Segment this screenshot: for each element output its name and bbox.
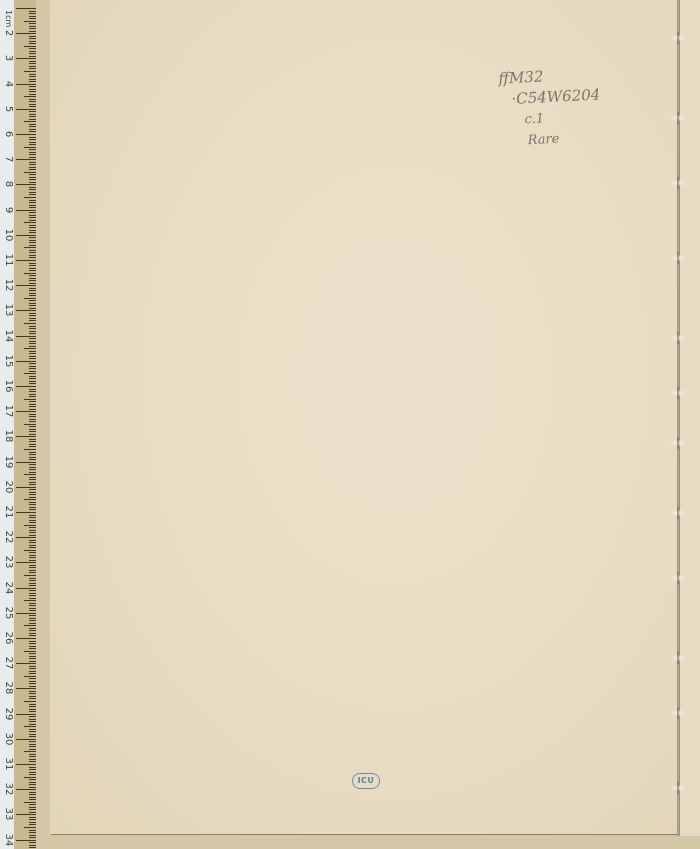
- ruler-tick: [29, 769, 36, 770]
- ruler-tick: [29, 300, 36, 301]
- ruler-tick: [29, 567, 36, 568]
- ruler-tick: [29, 530, 36, 531]
- ruler-tick: [29, 416, 36, 417]
- ruler-tick: [29, 429, 36, 430]
- ruler-tick: [29, 378, 36, 379]
- ruler-tick: [29, 736, 36, 737]
- ruler-tick: [16, 8, 36, 9]
- ruler-tick: [29, 628, 36, 629]
- ruler-tick: [29, 630, 36, 631]
- ruler-tick: [29, 515, 36, 516]
- ruler-tick: [29, 434, 36, 435]
- ruler-tick: [29, 502, 36, 503]
- ruler-tick: [29, 313, 36, 314]
- ruler-tick: [29, 779, 36, 780]
- ruler-tick: [29, 152, 36, 153]
- ruler-tick: [24, 726, 36, 727]
- ruler-tick: [29, 804, 36, 805]
- ruler-tick: [29, 295, 36, 296]
- ruler-number: 19: [3, 455, 13, 469]
- ruler-tick: [29, 174, 36, 175]
- ruler-tick: [29, 18, 36, 19]
- ruler-tick: [16, 260, 36, 261]
- ruler-tick: [29, 265, 36, 266]
- ruler-tick: [24, 550, 36, 551]
- ruler-tick: [29, 618, 36, 619]
- ruler-tick: [29, 580, 36, 581]
- ruler-tick: [29, 293, 36, 294]
- binding-stitch: [670, 710, 686, 716]
- ruler-number: 32: [3, 782, 13, 796]
- ruler-tick: [29, 366, 36, 367]
- ruler-tick: [29, 457, 36, 458]
- ruler-tick: [29, 144, 36, 145]
- ruler-tick: [29, 38, 36, 39]
- ruler-tick: [29, 406, 36, 407]
- ruler-tick: [24, 751, 36, 752]
- ruler-tick: [29, 111, 36, 112]
- ruler-number: 14: [3, 329, 13, 343]
- ruler-tick: [29, 68, 36, 69]
- ruler-tick: [29, 494, 36, 495]
- ruler-tick: [29, 245, 36, 246]
- ruler-number: 7: [3, 152, 13, 166]
- ruler-tick: [29, 331, 36, 332]
- ruler-tick: [16, 613, 36, 614]
- ruler-number: 4: [3, 77, 13, 91]
- ruler-number: 18: [3, 429, 13, 443]
- ruler-tick: [29, 822, 36, 823]
- ruler-tick: [16, 512, 36, 513]
- ruler-tick: [29, 51, 36, 52]
- ruler-tick: [29, 824, 36, 825]
- ruler-tick: [24, 399, 36, 400]
- ruler-tick: [29, 275, 36, 276]
- ruler-tick: [29, 270, 36, 271]
- ruler-tick: [29, 527, 36, 528]
- ruler-tick: [24, 348, 36, 349]
- ruler-tick: [29, 205, 36, 206]
- ruler-tick: [29, 585, 36, 586]
- ruler-tick: [29, 724, 36, 725]
- ruler-tick: [29, 101, 36, 102]
- ruler-tick: [29, 557, 36, 558]
- binding-stitch: [670, 35, 686, 41]
- ruler-tick: [29, 91, 36, 92]
- ruler-tick: [29, 358, 36, 359]
- ruler-tick: [29, 799, 36, 800]
- ruler-tick: [29, 290, 36, 291]
- ruler-tick: [29, 560, 36, 561]
- ruler-tick: [29, 250, 36, 251]
- ruler-tick: [29, 489, 36, 490]
- binding-stitch: [670, 390, 686, 396]
- ruler-tick: [16, 159, 36, 160]
- ruler-tick: [29, 217, 36, 218]
- ruler-tick: [29, 81, 36, 82]
- ruler-tick: [16, 487, 36, 488]
- ruler-tick: [29, 658, 36, 659]
- ruler-tick: [29, 633, 36, 634]
- ruler-tick: [29, 603, 36, 604]
- binding-stitch: [670, 575, 686, 581]
- ruler-tick: [24, 802, 36, 803]
- ruler-tick: [16, 436, 36, 437]
- ruler-tick: [24, 827, 36, 828]
- ruler-tick: [29, 346, 36, 347]
- ruler-tick: [29, 641, 36, 642]
- ruler-tick: [29, 237, 36, 238]
- ruler-number: 34: [3, 833, 13, 847]
- ruler-number: 31: [3, 757, 13, 771]
- ruler-tick: [29, 66, 36, 67]
- ruler-tick: [29, 439, 36, 440]
- ruler-tick: [29, 351, 36, 352]
- ruler-tick: [16, 33, 36, 34]
- ruler-tick: [29, 704, 36, 705]
- ruler-tick: [29, 396, 36, 397]
- ruler-tick: [29, 610, 36, 611]
- ruler-tick: [29, 648, 36, 649]
- ruler-tick: [29, 227, 36, 228]
- ruler-tick: [29, 137, 36, 138]
- ruler-tick: [29, 187, 36, 188]
- ruler-tick: [16, 184, 36, 185]
- ruler-tick: [29, 741, 36, 742]
- ruler-tick: [29, 583, 36, 584]
- ruler-tick: [29, 419, 36, 420]
- ruler-tick: [29, 693, 36, 694]
- ruler-number: 10: [3, 228, 13, 242]
- ruler-tick: [29, 444, 36, 445]
- ruler-tick: [29, 504, 36, 505]
- ruler-tick: [16, 789, 36, 790]
- ruler-tick: [29, 646, 36, 647]
- ruler-number: 33: [3, 807, 13, 821]
- ruler-tick: [29, 698, 36, 699]
- ruler-tick: [29, 595, 36, 596]
- ruler-tick: [29, 540, 36, 541]
- ruler-tick: [29, 23, 36, 24]
- ruler-tick: [24, 21, 36, 22]
- ruler-tick: [29, 48, 36, 49]
- binding-stitch: [670, 180, 686, 186]
- ruler-tick: [29, 242, 36, 243]
- ruler-tick: [29, 681, 36, 682]
- ruler-tick: [24, 676, 36, 677]
- ruler-tick: [29, 13, 36, 14]
- ruler-tick: [29, 389, 36, 390]
- ruler-tick: [29, 263, 36, 264]
- ruler-tick: [29, 26, 36, 27]
- binding-stitch: [670, 440, 686, 446]
- ruler-tick: [29, 63, 36, 64]
- ruler-tick: [24, 777, 36, 778]
- ruler-tick: [16, 235, 36, 236]
- ruler-tick: [29, 792, 36, 793]
- ruler-tick: [29, 542, 36, 543]
- ruler-tick: [29, 608, 36, 609]
- binding-stitch: [670, 255, 686, 261]
- ruler-tick: [29, 509, 36, 510]
- ruler-tick: [29, 363, 36, 364]
- ruler-tick: [29, 368, 36, 369]
- ruler-tick: [29, 31, 36, 32]
- ruler-tick: [29, 104, 36, 105]
- ruler-tick: [29, 819, 36, 820]
- ruler-tick: [29, 467, 36, 468]
- ruler-tick: [29, 200, 36, 201]
- ruler-tick: [29, 409, 36, 410]
- ruler-tick: [29, 678, 36, 679]
- ruler-tick: [29, 623, 36, 624]
- ruler-tick: [29, 656, 36, 657]
- ruler-tick: [29, 240, 36, 241]
- ruler-tick: [29, 41, 36, 42]
- ruler-tick: [29, 232, 36, 233]
- ruler-tick: [16, 336, 36, 337]
- ruler-tick: [29, 177, 36, 178]
- ruler-tick: [16, 462, 36, 463]
- ruler-tick: [29, 333, 36, 334]
- ruler-number: 20: [3, 480, 13, 494]
- ruler-tick: [29, 162, 36, 163]
- ruler-tick: [29, 192, 36, 193]
- ruler-tick: [29, 809, 36, 810]
- ruler-tick: [29, 794, 36, 795]
- ruler-tick: [29, 404, 36, 405]
- ruler-tick: [29, 280, 36, 281]
- ruler-tick: [29, 225, 36, 226]
- ruler-tick: [29, 106, 36, 107]
- ruler-tick: [16, 764, 36, 765]
- ruler-tick: [29, 784, 36, 785]
- ruler-tick: [29, 391, 36, 392]
- ruler-tick: [29, 126, 36, 127]
- binding-stitch: [670, 510, 686, 516]
- ruler-number: 24: [3, 581, 13, 595]
- ruler-tick: [29, 74, 36, 75]
- ruler-tick: [29, 189, 36, 190]
- ruler-tick: [24, 499, 36, 500]
- ruler-tick: [29, 598, 36, 599]
- ruler-tick: [16, 663, 36, 664]
- ruler-tick: [29, 326, 36, 327]
- ruler-tick: [24, 197, 36, 198]
- ruler-tick: [16, 688, 36, 689]
- ruler-tick: [29, 845, 36, 846]
- ruler-tick: [29, 847, 36, 848]
- ruler-tick: [29, 671, 36, 672]
- ruler-tick: [24, 424, 36, 425]
- ruler-tick: [29, 220, 36, 221]
- ruler-tick: [29, 787, 36, 788]
- ruler-tick: [29, 842, 36, 843]
- ruler-tick: [29, 124, 36, 125]
- ruler-tick: [29, 353, 36, 354]
- ruler-tick: [29, 729, 36, 730]
- ruler-tick: [29, 555, 36, 556]
- ruler-tick: [16, 109, 36, 110]
- ruler-tick: [24, 147, 36, 148]
- ruler-number: 16: [3, 379, 13, 393]
- ruler-tick: [29, 590, 36, 591]
- ruler-tick: [29, 772, 36, 773]
- ruler-tick: [29, 303, 36, 304]
- ruler-tick: [29, 157, 36, 158]
- ruler-tick: [16, 814, 36, 815]
- ruler-tick: [29, 837, 36, 838]
- ruler-number: 13: [3, 303, 13, 317]
- ruler-tick: [16, 361, 36, 362]
- ruler-tick: [29, 76, 36, 77]
- ruler-tick: [29, 194, 36, 195]
- binding-stitch: [670, 335, 686, 341]
- ruler-tick: [29, 341, 36, 342]
- ruler-tick: [24, 71, 36, 72]
- ruler-tick: [16, 562, 36, 563]
- ruler-tick: [29, 56, 36, 57]
- ruler-tick: [29, 305, 36, 306]
- ruler-tick: [29, 149, 36, 150]
- ruler-number: 26: [3, 631, 13, 645]
- ruler-tick: [16, 285, 36, 286]
- ruler-tick: [29, 454, 36, 455]
- ruler-tick: [29, 666, 36, 667]
- ruler-tick: [29, 731, 36, 732]
- ruler-tick: [29, 79, 36, 80]
- ruler-tick: [29, 522, 36, 523]
- ruler-tick: [29, 477, 36, 478]
- ruler-tick: [16, 714, 36, 715]
- ruler-tick: [29, 749, 36, 750]
- ruler-number: 29: [3, 707, 13, 721]
- ruler-tick: [29, 89, 36, 90]
- ruler-tick: [29, 835, 36, 836]
- ruler-tick: [29, 653, 36, 654]
- ruler-tick: [29, 744, 36, 745]
- ruler-tick: [29, 520, 36, 521]
- ruler-tick: [29, 683, 36, 684]
- ruler-tick: [29, 383, 36, 384]
- ruler-tick: [29, 426, 36, 427]
- ruler-tick: [29, 668, 36, 669]
- measurement-ruler: 1cm 234567891011121314151617181920212223…: [0, 0, 36, 849]
- ruler-number: 27: [3, 656, 13, 670]
- ruler-tick: [29, 179, 36, 180]
- ruler-tick: [29, 421, 36, 422]
- ruler-tick: [24, 46, 36, 47]
- ruler-tick: [29, 401, 36, 402]
- ruler-tick: [29, 459, 36, 460]
- ruler-tick: [29, 497, 36, 498]
- ruler-tick: [29, 119, 36, 120]
- ruler-tick: [29, 414, 36, 415]
- ruler-tick: [29, 283, 36, 284]
- ruler-tick: [29, 469, 36, 470]
- ruler-tick: [24, 625, 36, 626]
- call-number-line-4: Rare: [527, 126, 603, 151]
- ruler-tick: [29, 230, 36, 231]
- ruler-tick: [24, 373, 36, 374]
- ruler-tick: [29, 593, 36, 594]
- ruler-tick: [29, 734, 36, 735]
- ruler-tick: [29, 754, 36, 755]
- ruler-tick: [29, 756, 36, 757]
- ruler-tick: [29, 288, 36, 289]
- library-stamp: ICU: [352, 773, 380, 789]
- ruler-tick: [29, 686, 36, 687]
- ruler-number: 11: [3, 253, 13, 267]
- ruler-tick: [29, 338, 36, 339]
- ruler-tick: [29, 721, 36, 722]
- ruler-number: 17: [3, 404, 13, 418]
- ruler-tick: [29, 774, 36, 775]
- ruler-number: 5: [3, 102, 13, 116]
- ruler-tick: [29, 507, 36, 508]
- ruler-tick: [24, 575, 36, 576]
- ruler-tick: [29, 116, 36, 117]
- ruler-tick: [29, 129, 36, 130]
- ruler-tick: [29, 99, 36, 100]
- ruler-tick: [24, 247, 36, 248]
- ruler-tick: [29, 446, 36, 447]
- binding-stitch: [670, 785, 686, 791]
- ruler-tick: [29, 719, 36, 720]
- ruler-tick: [24, 651, 36, 652]
- ruler-tick: [29, 164, 36, 165]
- ruler-tick: [29, 154, 36, 155]
- ruler-tick: [29, 131, 36, 132]
- ruler-tick: [24, 600, 36, 601]
- ruler-tick: [29, 441, 36, 442]
- ruler-number: 2: [3, 26, 13, 40]
- ruler-tick: [29, 394, 36, 395]
- ruler-tick: [29, 484, 36, 485]
- ruler-number: 8: [3, 177, 13, 191]
- document-page: ffM32 ·C54W6204 c.1 Rare ICU: [50, 0, 679, 834]
- ruler-tick: [24, 525, 36, 526]
- ruler-tick: [29, 746, 36, 747]
- ruler-tick: [29, 318, 36, 319]
- ruler-number: 22: [3, 530, 13, 544]
- ruler-tick: [29, 696, 36, 697]
- binding-stitch: [670, 115, 686, 121]
- ruler-tick: [29, 167, 36, 168]
- ruler-tick: [29, 255, 36, 256]
- ruler-tick: [29, 716, 36, 717]
- ruler-tick: [29, 479, 36, 480]
- ruler-tick: [29, 817, 36, 818]
- ruler-tick: [29, 139, 36, 140]
- ruler-tick: [29, 578, 36, 579]
- ruler-tick: [29, 431, 36, 432]
- ruler-tick: [29, 547, 36, 548]
- ruler-tick: [29, 356, 36, 357]
- ruler-tick: [29, 328, 36, 329]
- ruler-tick: [29, 532, 36, 533]
- ruler-tick: [29, 807, 36, 808]
- ruler-tick: [16, 638, 36, 639]
- ruler-tick: [16, 134, 36, 135]
- ruler-tick: [29, 452, 36, 453]
- ruler-number: 9: [3, 203, 13, 217]
- ruler-number: 25: [3, 606, 13, 620]
- ruler-number: 15: [3, 354, 13, 368]
- ruler-tick: [29, 207, 36, 208]
- ruler-tick: [29, 517, 36, 518]
- ruler-tick: [29, 812, 36, 813]
